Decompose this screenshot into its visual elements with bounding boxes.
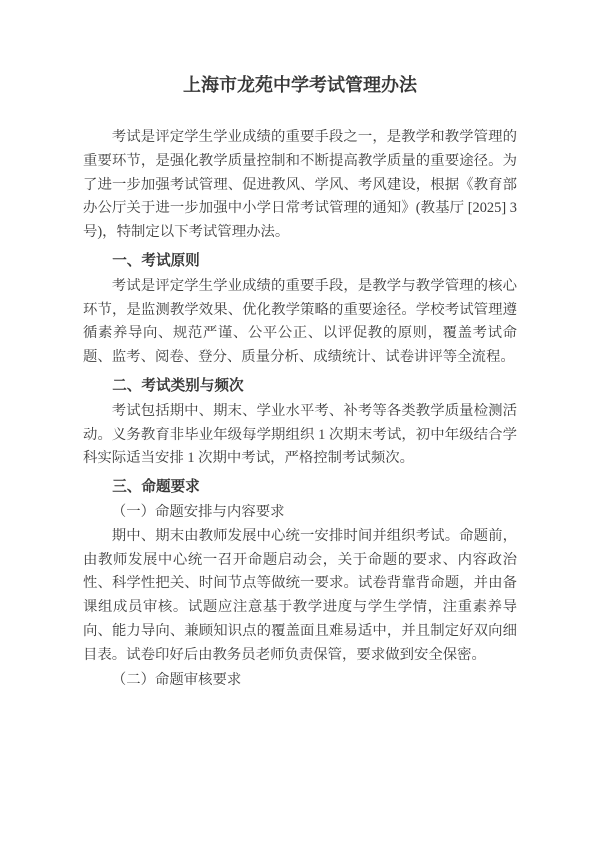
document-title: 上海市龙苑中学考试管理办法 [83, 74, 517, 96]
section-heading-exam-types-frequency: 二、考试类别与频次 [83, 375, 517, 399]
subsection-heading-proposition-review: （二）命题审核要求 [83, 669, 517, 693]
section-heading-proposition-requirements: 三、命题要求 [83, 476, 517, 500]
intro-paragraph: 考试是评定学生学业成绩的重要手段之一，是教学和教学管理的重要环节，是强化教学质量… [83, 126, 517, 245]
section-paragraph-exam-types-frequency: 考试包括期中、期末、学业水平考、补考等各类教学质量检测活动。义务教育非毕业年级每… [83, 400, 517, 471]
document-page: 上海市龙苑中学考试管理办法 考试是评定学生学业成绩的重要手段之一，是教学和教学管… [0, 0, 600, 848]
section-paragraph-exam-principles: 考试是评定学生学业成绩的重要手段，是教学与教学管理的核心环节，是监测教学效果、优… [83, 275, 517, 370]
section-heading-exam-principles: 一、考试原则 [83, 250, 517, 274]
subsection-heading-proposition-arrangement: （一）命题安排与内容要求 [83, 501, 517, 525]
subsection-paragraph-proposition-arrangement: 期中、期末由教师发展中心统一安排时间并组织考试。命题前，由教师发展中心统一召开命… [83, 525, 517, 668]
